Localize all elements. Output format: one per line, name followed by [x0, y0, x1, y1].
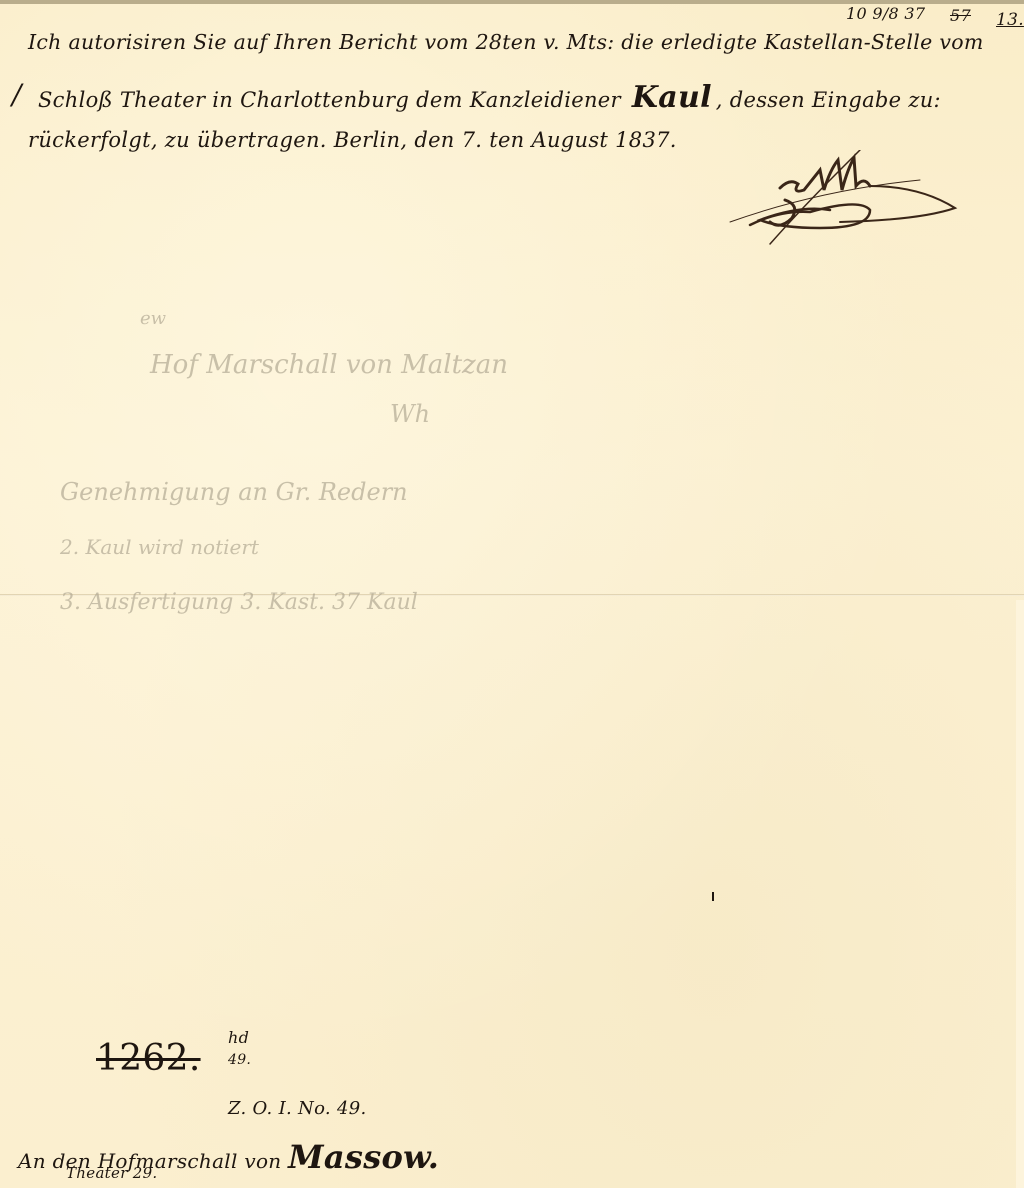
- margin-mark: /: [12, 78, 22, 111]
- registry-number: 1262.: [96, 1038, 201, 1079]
- address-sub: Theater 29.: [66, 1164, 157, 1182]
- pencil-note-b: Hof Marschall von Maltzan: [150, 350, 508, 380]
- reference-number: Z. O. I. No. 49.: [228, 1098, 366, 1119]
- body-line-3: rückerfolgt, zu übertragen. Berlin, den …: [28, 128, 677, 152]
- body-line-2: Schloß Theater in Charlottenburg dem Kan…: [38, 80, 941, 115]
- pencil-note-e: 2. Kaul wird notiert: [60, 535, 259, 559]
- registry-sup: hd: [228, 1028, 249, 1047]
- signature-flourish-icon: [720, 150, 960, 260]
- struck-number: 57: [950, 6, 971, 25]
- folio-number: 13.: [996, 10, 1024, 30]
- pencil-note-a: ew: [140, 308, 166, 329]
- body-line-2-prefix: Schloß Theater in Charlottenburg dem Kan…: [38, 88, 621, 112]
- recipient-name: Kaul: [632, 80, 712, 115]
- address-name: Massow.: [288, 1138, 439, 1176]
- paper-torn-edge: [1016, 600, 1024, 1188]
- registry-number-value: 1262.: [96, 1038, 201, 1079]
- ink-spot: [712, 892, 714, 901]
- date-fraction-note: 10 9/8 37: [846, 4, 925, 23]
- registry-sub: 49.: [228, 1052, 251, 1068]
- document-page: 10 9/8 37 57 13. Ich autorisiren Sie auf…: [0, 0, 1024, 1188]
- royal-signature: [720, 150, 960, 260]
- body-line-1: Ich autorisiren Sie auf Ihren Bericht vo…: [28, 30, 984, 54]
- pencil-note-f: 3. Ausfertigung 3. Kast. 37 Kaul: [60, 590, 418, 615]
- body-line-2-suffix: , dessen Eingabe zu:: [716, 88, 941, 112]
- pencil-note-d: Genehmigung an Gr. Redern: [60, 478, 408, 506]
- pencil-note-c: Wh: [390, 400, 430, 428]
